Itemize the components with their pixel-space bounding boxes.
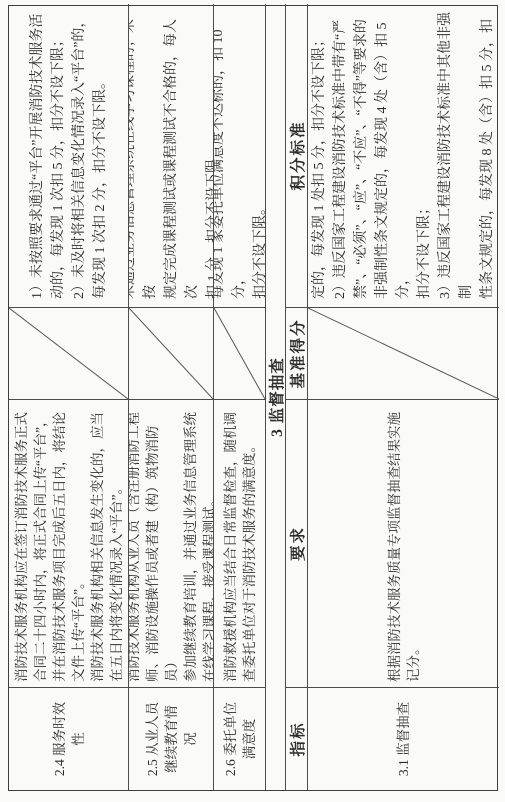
score-table: 2.4 服务时效 性 消防技术服务机构应在签订消防技术服务正式 合同二十四小时内… [8,5,498,791]
base-score-cell [129,307,214,399]
scoring-standard-cell: 1）未按照要求通过“平台”开展消防技术服务活 动的，每发现 1 次扣 5 分，扣… [9,4,129,307]
header-scoring-standard: 积分标准 [286,4,308,307]
indicator-cell: 2.6 委托单位 满意度 [214,687,266,790]
indicator-cell: 3.1 监督抽查 [308,687,499,790]
header-base-score: 基准得分 [286,307,308,399]
document-scan: 2.4 服务时效 性 消防技术服务机构应在签订消防技术服务正式 合同二十四小时内… [0,0,505,802]
base-score-cell [9,307,129,399]
header-indicator: 指标 [286,687,308,790]
indicator-cell: 2.4 服务时效 性 [9,687,129,790]
requirement-cell: 消防技术服务机构应在签订消防技术服务正式 合同二十四小时内，将正式合同上传“平台… [9,399,129,687]
base-score-cell [214,307,266,399]
scoring-standard-cell: 每发现 1 家委托单位满意度不达标的，扣 10 分， 扣分不设下限。 [214,4,266,307]
diagonal-line [308,308,499,399]
indicator-cell: 2.5 从业人员 继续教育情 况 [129,687,214,790]
scoring-standard-cell: 未通过业务信息管理系统在线学习课程的；未按 规定完成课程测试或课程测试不合格的，… [129,4,214,307]
requirement-cell: 消防技术服务机构从业人员（含注册消防工程 师、消防设施操作员或者建（构）筑物消防… [129,399,214,687]
requirement-cell: 根据消防技术服务质量专项监督抽查结果实施 记分。 [308,399,499,687]
diagonal-line [129,308,213,399]
diagonal-line [9,308,128,399]
diagonal-line [214,308,265,399]
scoring-standard-cell: 1）违反国家工程建设消防技术标准强制性条文规 定的，每发现 1 处扣 5 分，扣… [308,4,499,307]
requirement-cell: 消防救援机构应当结合日常监督检查，随机调 查委托单位对于消防技术服务的满意度。 [214,399,266,687]
base-score-cell [308,307,499,399]
rotated-page-content: 2.4 服务时效 性 消防技术服务机构应在签订消防技术服务正式 合同二十四小时内… [8,5,498,791]
section-title-cell: 3 监督抽查 [266,4,286,790]
header-requirement: 要求 [286,399,308,687]
